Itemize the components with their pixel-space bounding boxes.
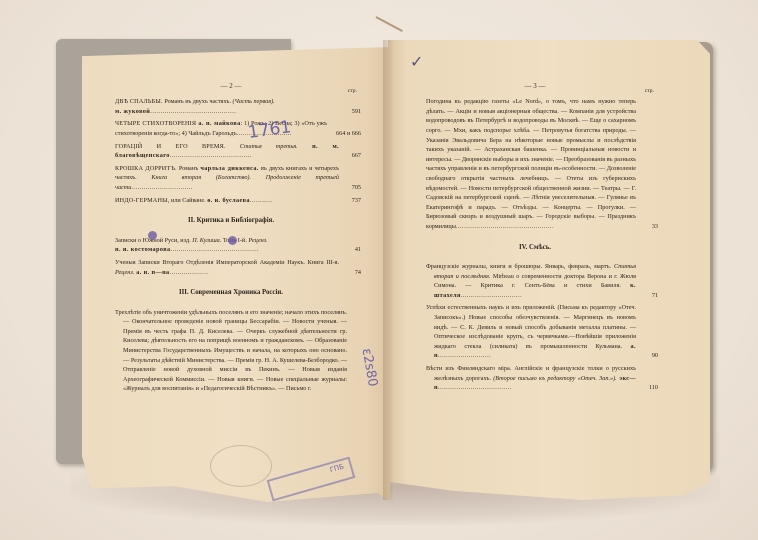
leader-dots: ....................................	[438, 384, 512, 391]
entry-author: а. н. майкова	[196, 120, 240, 127]
leader-dots: ..............................	[461, 292, 522, 299]
toc-entry: ДВѢ СПАЛЬБЫ. Романъ въ двухъ частяхъ. (Ч…	[115, 97, 347, 116]
toc-entry: ИНДО-ГЕРМАНЫ, или Сайване. ѳ. и. буслаев…	[115, 196, 347, 206]
entry-desc-italic: П. Кулиша.	[192, 237, 221, 244]
entry-title: ИНДО-ГЕРМАНЫ,	[115, 197, 169, 204]
entry-author: ѳ. и. буслаева	[207, 197, 250, 204]
ink-dot-icon	[228, 236, 237, 245]
section-heading: IV. Смѣсь.	[426, 243, 644, 253]
entry-page: 41	[339, 245, 361, 255]
section-heading: III. Современная Хроника Россіи.	[115, 288, 347, 298]
leader-dots: ..........................	[438, 352, 491, 359]
entry-page: 705	[339, 183, 361, 193]
toc-entry: ГОРАЦІЙ И ЕГО ВРЕМЯ. Статья третья. н. м…	[115, 142, 347, 161]
leader-dots: ...................	[170, 269, 209, 276]
entry-desc: Успѣхи естественныхъ наукъ и ихъ приложе…	[426, 304, 636, 349]
entry-title: ЧЕТЫРЕ СТИХОТВОРЕНІЯ	[115, 120, 196, 127]
toc-entry: Вѣсти изъ Финляндскаго міра. Англійскіе …	[426, 364, 644, 393]
entry-desc: Французскіе журналы, книги и брошюры. Ян…	[426, 263, 614, 270]
entry-author: чарльза диккенса.	[200, 165, 259, 172]
leader-dots: ........................................…	[150, 108, 236, 115]
entry-author: м. жуковой	[115, 108, 150, 115]
toc-entry: Ученыя Записки Втораго Отдѣленія Императ…	[115, 258, 347, 277]
check-mark-icon: ✓	[410, 52, 423, 71]
entry-author: н. и. костомарова	[115, 246, 170, 253]
entry-desc-italic: Реценз.	[115, 269, 134, 276]
leader-dots: ........................................…	[170, 246, 258, 253]
entry-page: 591	[339, 107, 361, 117]
entry-page: 667	[339, 151, 361, 161]
leader-dots: ........................................…	[456, 223, 554, 230]
entry-desc: Романъ	[177, 165, 201, 172]
entry-page: 74	[339, 268, 361, 278]
entry-desc: Романъ въ двухъ частяхъ.	[163, 98, 233, 105]
leader-dots: ........................................	[170, 152, 252, 159]
entry-desc-italic: (Второе письмо къ редактору «Отеч. Зап.»…	[493, 375, 616, 382]
entry-desc: Погодина къ редакцію газеты «Le Nord», о…	[426, 98, 636, 230]
entry-page: 110	[636, 383, 658, 393]
section-heading: II. Критика и Библіографія.	[115, 216, 347, 226]
entry-title: КРОШКА ДОРРИТЪ.	[115, 165, 177, 172]
toc-entry: ЧЕТЫРЕ СТИХОТВОРЕНІЯ а. н. майкова: 1) Р…	[115, 119, 347, 138]
right-page-contents: — 3 — стр. Погодина къ редакцію газеты «…	[426, 82, 644, 396]
entry-desc-italic: Реценз.	[248, 237, 267, 244]
entry-page: 71	[636, 291, 658, 301]
toc-entry: КРОШКА ДОРРИТЪ. Романъ чарльза диккенса.…	[115, 164, 347, 193]
leader-dots: ...........	[250, 197, 273, 204]
toc-entry: Французскіе журналы, книги и брошюры. Ян…	[426, 262, 644, 300]
ink-dot-icon	[148, 231, 157, 240]
entry-page: 664 и 666	[327, 129, 361, 139]
entry-desc: или Сайване.	[169, 197, 207, 204]
entry-desc: Ученыя Записки Втораго Отдѣленія Императ…	[115, 259, 339, 266]
entry-page: 33	[636, 222, 658, 232]
entry-page: 90	[636, 351, 658, 361]
book-gutter	[383, 40, 393, 500]
entry-desc-italic: Статья третья.	[226, 143, 298, 150]
leader-dots: ..............................	[131, 184, 192, 191]
toc-entry: Погодина къ редакцію газеты «Le Nord», о…	[426, 97, 644, 231]
toc-entry: Успѣхи естественныхъ наукъ и ихъ приложе…	[426, 303, 644, 361]
faded-round-stamp	[210, 445, 272, 487]
entry-desc-italic: (Часть первая).	[233, 98, 275, 105]
section-text: Трехлѣтіе объ уничтоженіи удѣльныхъ посе…	[115, 308, 347, 394]
entry-title: ГОРАЦІЙ И ЕГО ВРЕМЯ.	[115, 143, 226, 150]
entry-author: а. н. п—на	[134, 269, 169, 276]
stamp-text: ГПБ	[329, 463, 345, 475]
entry-title: ДВѢ СПАЛЬБЫ.	[115, 98, 163, 105]
entry-page: 737	[339, 196, 361, 206]
